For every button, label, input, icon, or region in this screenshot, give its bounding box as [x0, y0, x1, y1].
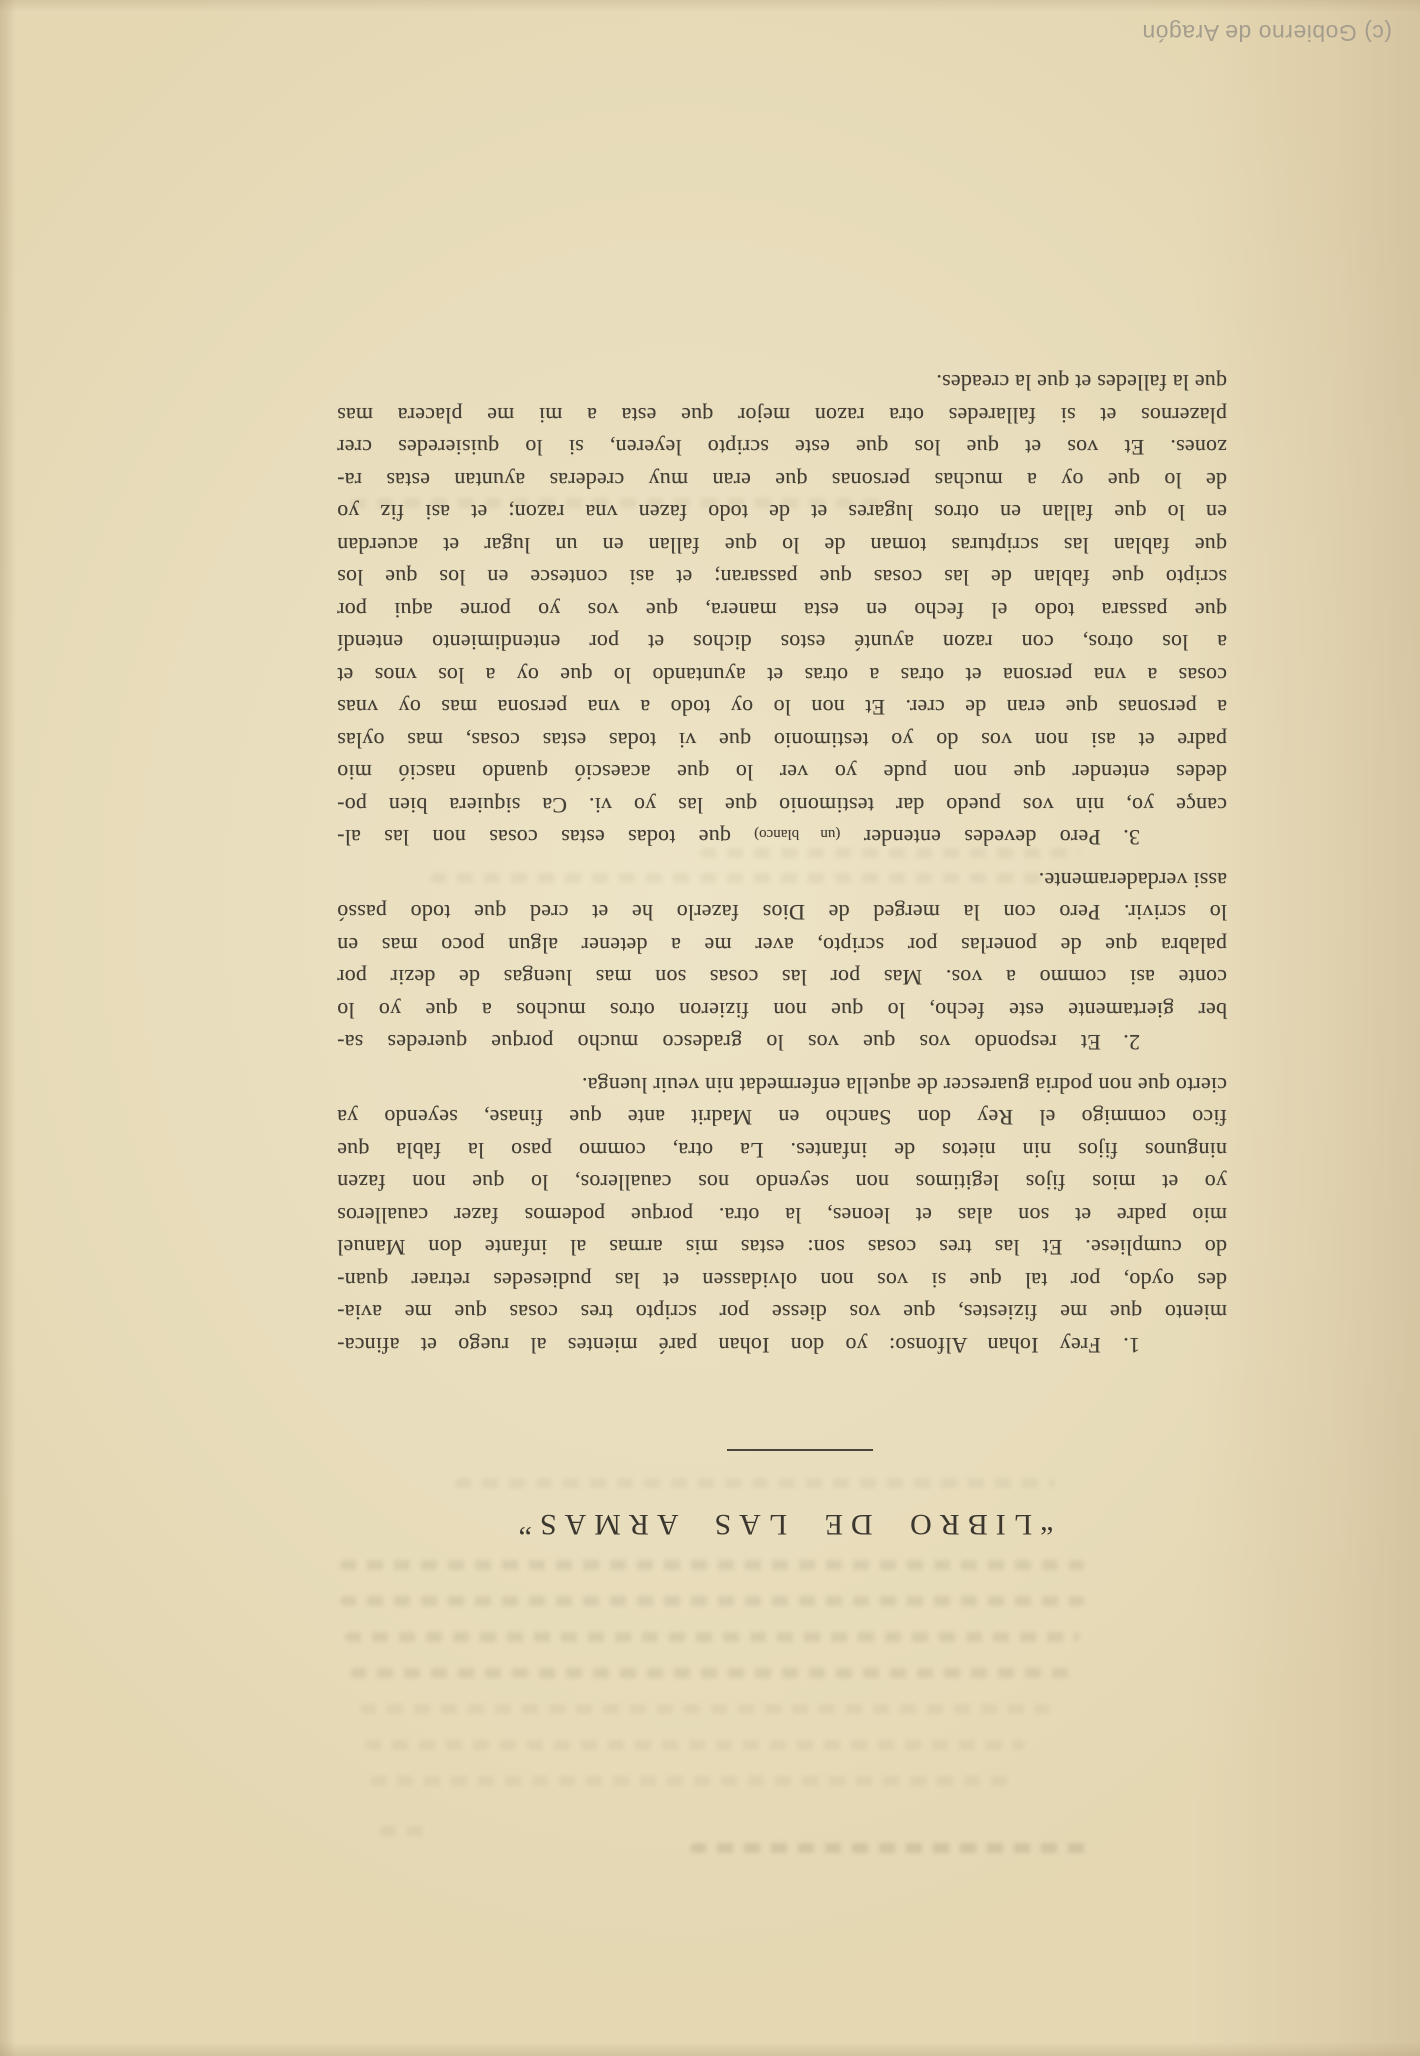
text-line: a personas que eran de crer. Et non lo o…	[337, 691, 1227, 724]
text-line: cançe yo, nin vos puedo dar testimonio q…	[337, 789, 1227, 822]
text-line: lo scrivir. Pero con la merged de Dios f…	[337, 896, 1227, 929]
text-line: plazernos et si fallaredes otra razon me…	[337, 399, 1227, 432]
text-line: padre et asi non vos do yo testimonio qu…	[337, 724, 1227, 757]
text-line: fico commigo el Rey don Sancho en Madrit…	[337, 1101, 1227, 1134]
scanned-page: “LIBRO DE LAS ARMAS” 1. Frey Iohan Alfon…	[0, 0, 1420, 2056]
text-line: cosas a vna persona et otras a otras et …	[337, 659, 1227, 692]
text-line: 2. Et respondo vos que vos lo gradesco m…	[337, 1026, 1227, 1059]
text-column: “LIBRO DE LAS ARMAS” 1. Frey Iohan Alfon…	[337, 356, 1227, 1544]
text-line: dedes entender que non pude yo ver lo qu…	[337, 756, 1227, 789]
paragraph-3: 3. Pero devedes entender (un blanco) que…	[337, 366, 1227, 854]
paragraph-1: 1. Frey Iohan Alfonso: yo don Iohan paré…	[337, 1069, 1227, 1362]
text-line: scripto que fablan de las cosas que pass…	[337, 561, 1227, 594]
text-line: mio padre et son alas et leones, la otra…	[337, 1199, 1227, 1232]
copyright-watermark: (c) Gobierno de Aragón	[1142, 19, 1392, 46]
text-line: en lo que fallan en otros lugares et de …	[337, 496, 1227, 529]
text-line: que fablan las scripturas toman de lo qu…	[337, 529, 1227, 562]
text-line: cierto que non podria guarescer de aquel…	[337, 1069, 1227, 1102]
text-line: assi verdaderamente.	[337, 864, 1227, 897]
text-line: ningunos fijos nin nietos de infantes. L…	[337, 1134, 1227, 1167]
paragraph-2: 2. Et respondo vos que vos lo gradesco m…	[337, 864, 1227, 1059]
text-line: de lo que oy a muchas personas que eran …	[337, 464, 1227, 497]
text-line: palabra que de ponerlas por scripto, ave…	[337, 929, 1227, 962]
text-line: yo et mios fijos legitimos non seyendo n…	[337, 1166, 1227, 1199]
text-line: miento que me fiziestes, que vos diesse …	[337, 1296, 1227, 1329]
text-line: zones. Et vos et que los que este script…	[337, 431, 1227, 464]
text-line: do cumpliese. Et las tres cosas son: est…	[337, 1231, 1227, 1264]
text-line: ber giertamente este fecho, lo que non f…	[337, 994, 1227, 1027]
text-line: des oydo, por tal que si vos non olvidas…	[337, 1264, 1227, 1297]
text-line: conte asi commo a vos. Mas por las cosas…	[337, 961, 1227, 994]
text-line: que passara todo el fecho en esta manera…	[337, 594, 1227, 627]
rotated-page-content: “LIBRO DE LAS ARMAS” 1. Frey Iohan Alfon…	[0, 0, 1420, 2056]
text-line: a los otros, con razon ayunté estos dich…	[337, 626, 1227, 659]
text-line: 3. Pero devedes entender (un blanco) que…	[337, 821, 1227, 854]
title-divider-rule	[727, 1449, 873, 1451]
text-line: 1. Frey Iohan Alfonso: yo don Iohan paré…	[337, 1329, 1227, 1362]
page-title: “LIBRO DE LAS ARMAS”	[337, 1504, 1227, 1544]
text-line: que la falledes et que la creades.	[337, 366, 1227, 399]
parenthetical-note: (un blanco)	[754, 827, 840, 843]
